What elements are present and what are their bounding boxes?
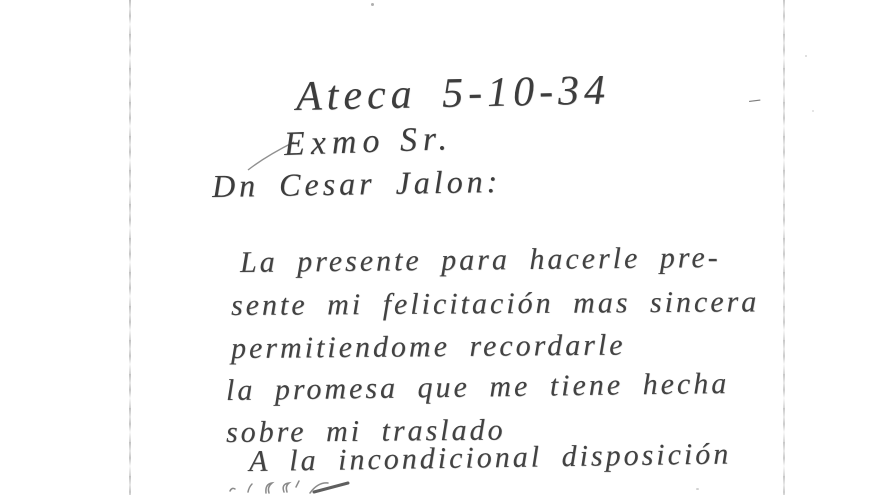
body-line-3: permitiendome recordarle xyxy=(231,331,626,364)
letter-dateline: Ateca 5-10-34 xyxy=(296,69,611,118)
letter-salutation: Exmo Sr. xyxy=(283,122,453,162)
scanned-letter-page: Ateca 5-10-34 – Exmo Sr. Dn Cesar Jalon:… xyxy=(0,0,880,495)
dust-speck xyxy=(812,110,814,112)
body-line-6: A la incondicional disposición xyxy=(249,439,732,477)
dust-speck xyxy=(805,55,807,57)
right-margin-dash: – xyxy=(747,86,759,113)
body-line-4: la promesa que me tiene hecha xyxy=(226,369,730,406)
cutoff-bottom-line-strokes xyxy=(226,479,366,495)
body-line-2: sente mi felicitación mas sincera xyxy=(231,287,759,321)
left-scan-fold-line xyxy=(129,0,131,495)
right-scan-fold-line xyxy=(783,0,785,495)
dust-speck xyxy=(696,488,699,490)
letter-recipient: Dn Cesar Jalon: xyxy=(212,165,502,202)
dust-speck xyxy=(371,3,374,6)
body-line-1: La presente para hacerle pre- xyxy=(240,243,721,278)
